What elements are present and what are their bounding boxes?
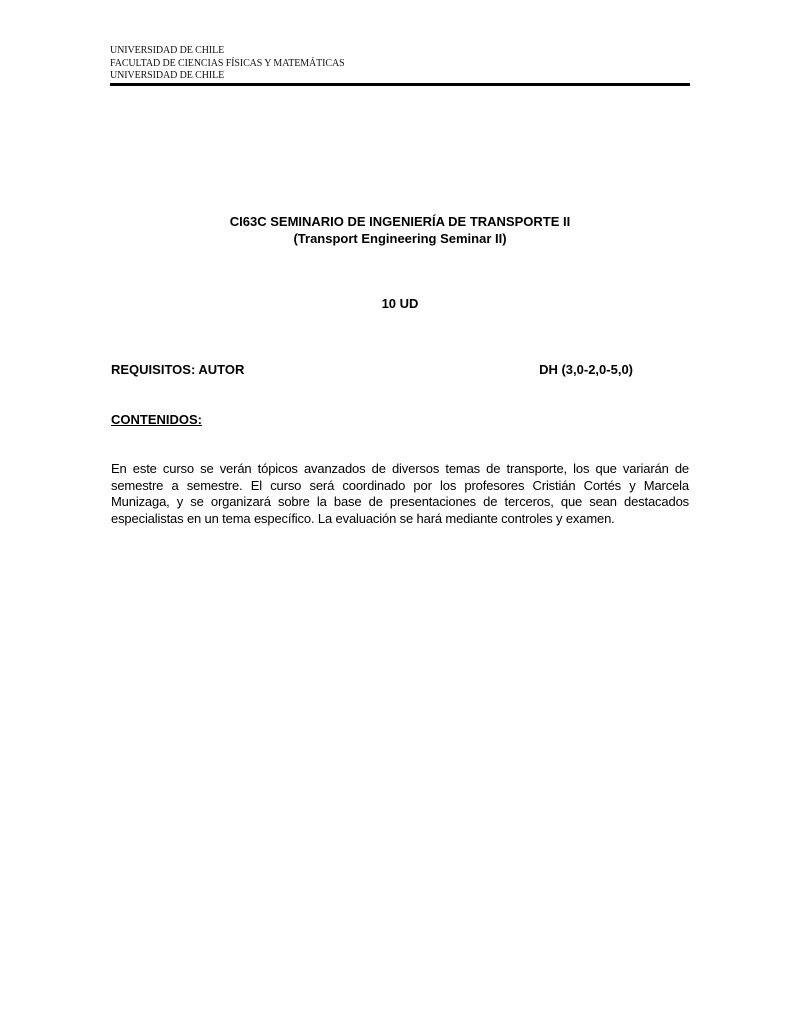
course-subtitle: (Transport Engineering Seminar II) — [0, 230, 800, 247]
contents-heading: CONTENIDOS: — [111, 412, 202, 427]
header-faculty: FACULTAD DE CIENCIAS FÍSICAS Y MATEMÁTIC… — [110, 58, 690, 71]
header-divider — [110, 83, 690, 86]
course-title: CI63C SEMINARIO DE INGENIERÍA DE TRANSPO… — [0, 213, 800, 230]
requirements-row: REQUISITOS: AUTOR DH (3,0-2,0-5,0) — [111, 362, 633, 377]
course-credits: 10 UD — [0, 296, 800, 311]
header-university: UNIVERSIDAD DE CHILE — [110, 45, 690, 58]
contents-paragraph: En este curso se verán tópicos avanzados… — [111, 461, 689, 527]
course-hours: DH (3,0-2,0-5,0) — [539, 362, 633, 377]
course-title-block: CI63C SEMINARIO DE INGENIERÍA DE TRANSPO… — [0, 213, 800, 247]
course-requirements: REQUISITOS: AUTOR — [111, 362, 244, 377]
header-university-repeat: UNIVERSIDAD DE CHILE — [110, 70, 690, 83]
page-header: UNIVERSIDAD DE CHILE FACULTAD DE CIENCIA… — [110, 45, 690, 83]
